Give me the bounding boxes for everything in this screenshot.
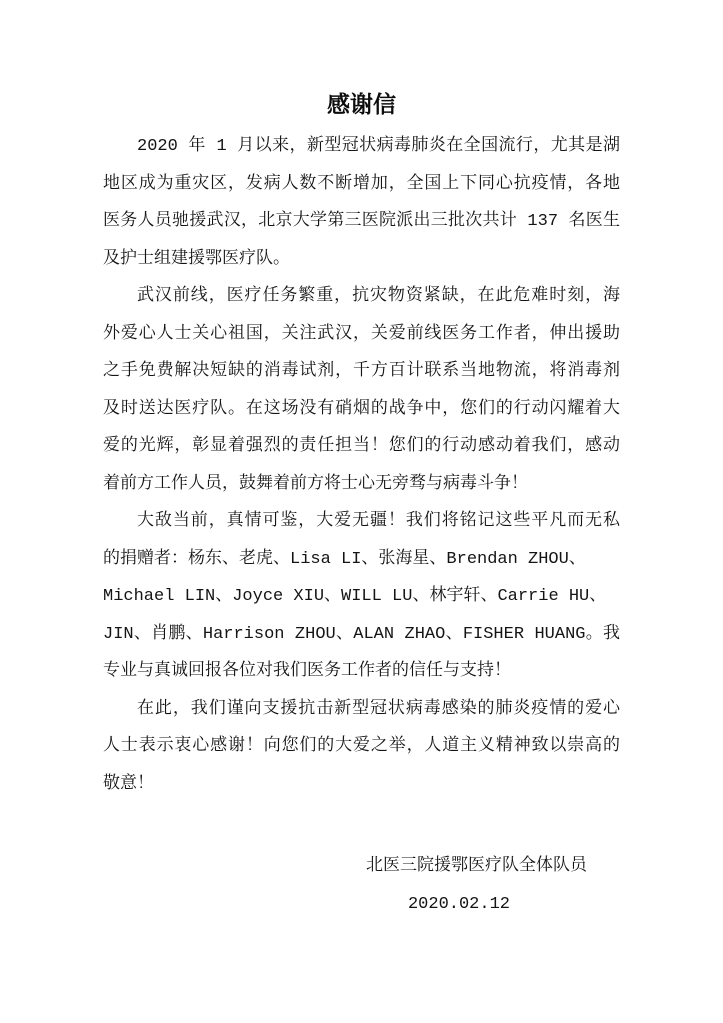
body-line: JIN、肖鹏、Harrison ZHOU、ALAN ZHAO、FISHER HU… xyxy=(103,616,620,654)
date-line: 2020.02.12 xyxy=(0,886,510,924)
body-line: 外爱心人士关心祖国，关注武汉，关爱前线医务工作者，伸出援助 xyxy=(103,316,620,354)
paragraph: 在此，我们谨向支援抗击新型冠状病毒感染的肺炎疫情的爱心人士表示衷心感谢！向您们的… xyxy=(103,691,620,804)
letter-title: 感谢信 xyxy=(0,90,723,118)
body-line: 地区成为重灾区，发病人数不断增加，全国上下同心抗疫情，各地 xyxy=(103,166,620,204)
paragraph: 武汉前线，医疗任务繁重，抗灾物资紧缺，在此危难时刻，海外爱心人士关心祖国，关注武… xyxy=(103,278,620,503)
body-line: 的捐赠者：杨东、老虎、Lisa LI、张海星、Brendan ZHOU、 xyxy=(103,541,620,579)
body-line: 专业与真诚回报各位对我们医务工作者的信任与支持！ xyxy=(103,653,620,691)
body-line: 着前方工作人员，鼓舞着前方将士心无旁骛与病毒斗争！ xyxy=(103,466,620,504)
signature-line: 北医三院援鄂医疗队全体队员 xyxy=(0,848,587,886)
paragraph: 大敌当前，真情可鉴，大爱无疆！我们将铭记这些平凡而无私的捐赠者：杨东、老虎、Li… xyxy=(103,503,620,691)
body-line: 爱的光辉，彰显着强烈的责任担当！您们的行动感动着我们，感动 xyxy=(103,428,620,466)
body-line: 之手免费解决短缺的消毒试剂，千方百计联系当地物流，将消毒剂 xyxy=(103,353,620,391)
body-line: 及时送达医疗队。在这场没有硝烟的战争中，您们的行动闪耀着大 xyxy=(103,391,620,429)
body-line: 大敌当前，真情可鉴，大爱无疆！我们将铭记这些平凡而无私 xyxy=(103,503,620,541)
letter-page: 感谢信 2020 年 1 月以来，新型冠状病毒肺炎在全国流行，尤其是湖北地区成为… xyxy=(0,0,723,1023)
body-line: 及护士组建援鄂医疗队。 xyxy=(103,241,620,279)
body-line: 医务人员驰援武汉，北京大学第三医院派出三批次共计 137 名医生 xyxy=(103,203,620,241)
body-line: 2020 年 1 月以来，新型冠状病毒肺炎在全国流行，尤其是湖北 xyxy=(103,128,620,166)
paragraph: 2020 年 1 月以来，新型冠状病毒肺炎在全国流行，尤其是湖北地区成为重灾区，… xyxy=(103,128,620,278)
body-line: Michael LIN、Joyce XIU、WILL LU、林宇轩、Carrie… xyxy=(103,578,620,616)
body-line: 人士表示衷心感谢！向您们的大爱之举，人道主义精神致以崇高的 xyxy=(103,728,620,766)
body-line: 敬意！ xyxy=(103,766,620,804)
body-line: 武汉前线，医疗任务繁重，抗灾物资紧缺，在此危难时刻，海 xyxy=(103,278,620,316)
body-line: 在此，我们谨向支援抗击新型冠状病毒感染的肺炎疫情的爱心 xyxy=(103,691,620,729)
letter-body: 2020 年 1 月以来，新型冠状病毒肺炎在全国流行，尤其是湖北地区成为重灾区，… xyxy=(103,128,620,803)
